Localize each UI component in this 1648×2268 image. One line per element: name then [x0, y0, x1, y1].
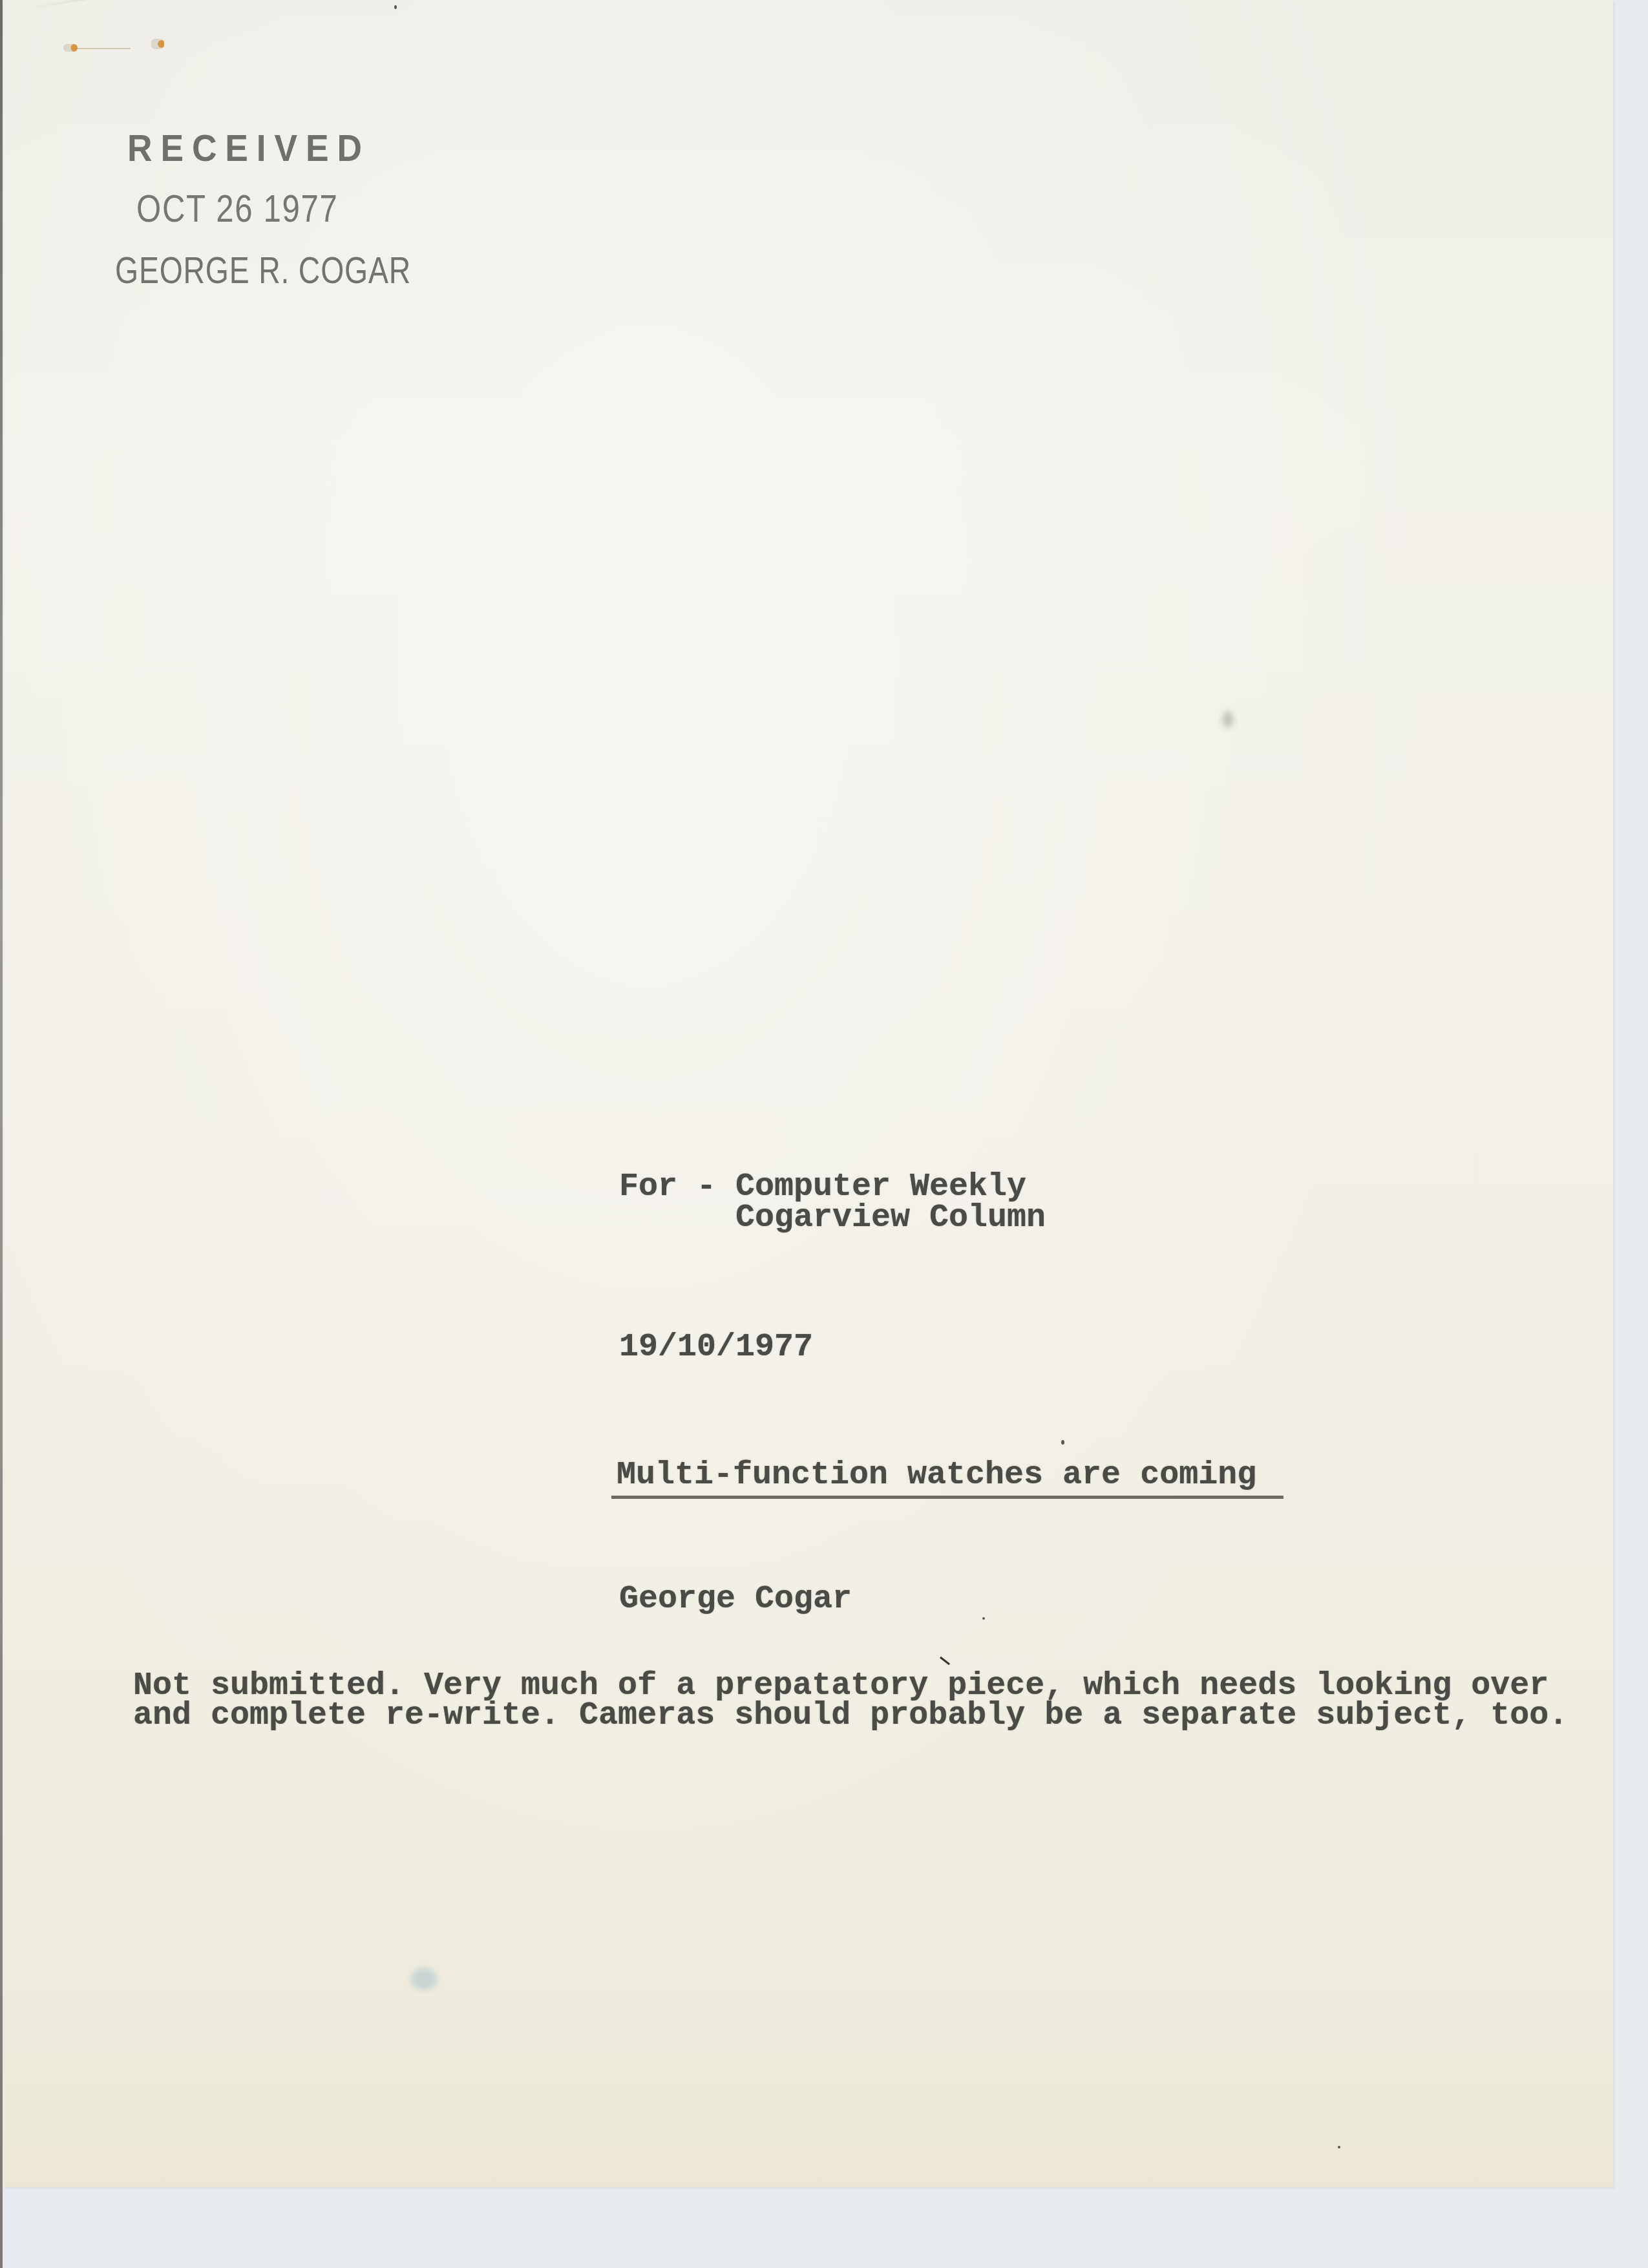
paper-smudge — [1222, 711, 1234, 728]
stray-typewriter-mark — [940, 1657, 950, 1665]
paper-speck — [394, 5, 397, 9]
document-author: George Cogar — [619, 1581, 852, 1618]
paper-speck — [982, 1617, 985, 1620]
scanner-edge-strip — [0, 0, 3, 2268]
document-date: 19/10/1977 — [619, 1329, 813, 1366]
document-title: Multi-function watches are coming — [617, 1457, 1256, 1494]
received-stamp-label: RECEIVED — [127, 127, 370, 170]
received-stamp-recipient: GEORGE R. COGAR — [115, 249, 411, 292]
staple-rust-line — [75, 48, 131, 49]
title-underline — [611, 1496, 1284, 1499]
staple-hole-right — [151, 39, 164, 49]
note-line-2: and complete re-write. Cameras should pr… — [133, 1697, 1568, 1734]
column-name-line: Cogarview Column — [735, 1200, 1046, 1236]
paper-speck — [1338, 2146, 1340, 2148]
received-stamp-date: OCT 26 1977 — [136, 186, 339, 231]
blue-ink-smudge — [411, 1968, 437, 1990]
paper-speck — [1061, 1440, 1064, 1445]
document-page: RECEIVED OCT 26 1977 GEORGE R. COGAR For… — [4, 0, 1613, 2187]
